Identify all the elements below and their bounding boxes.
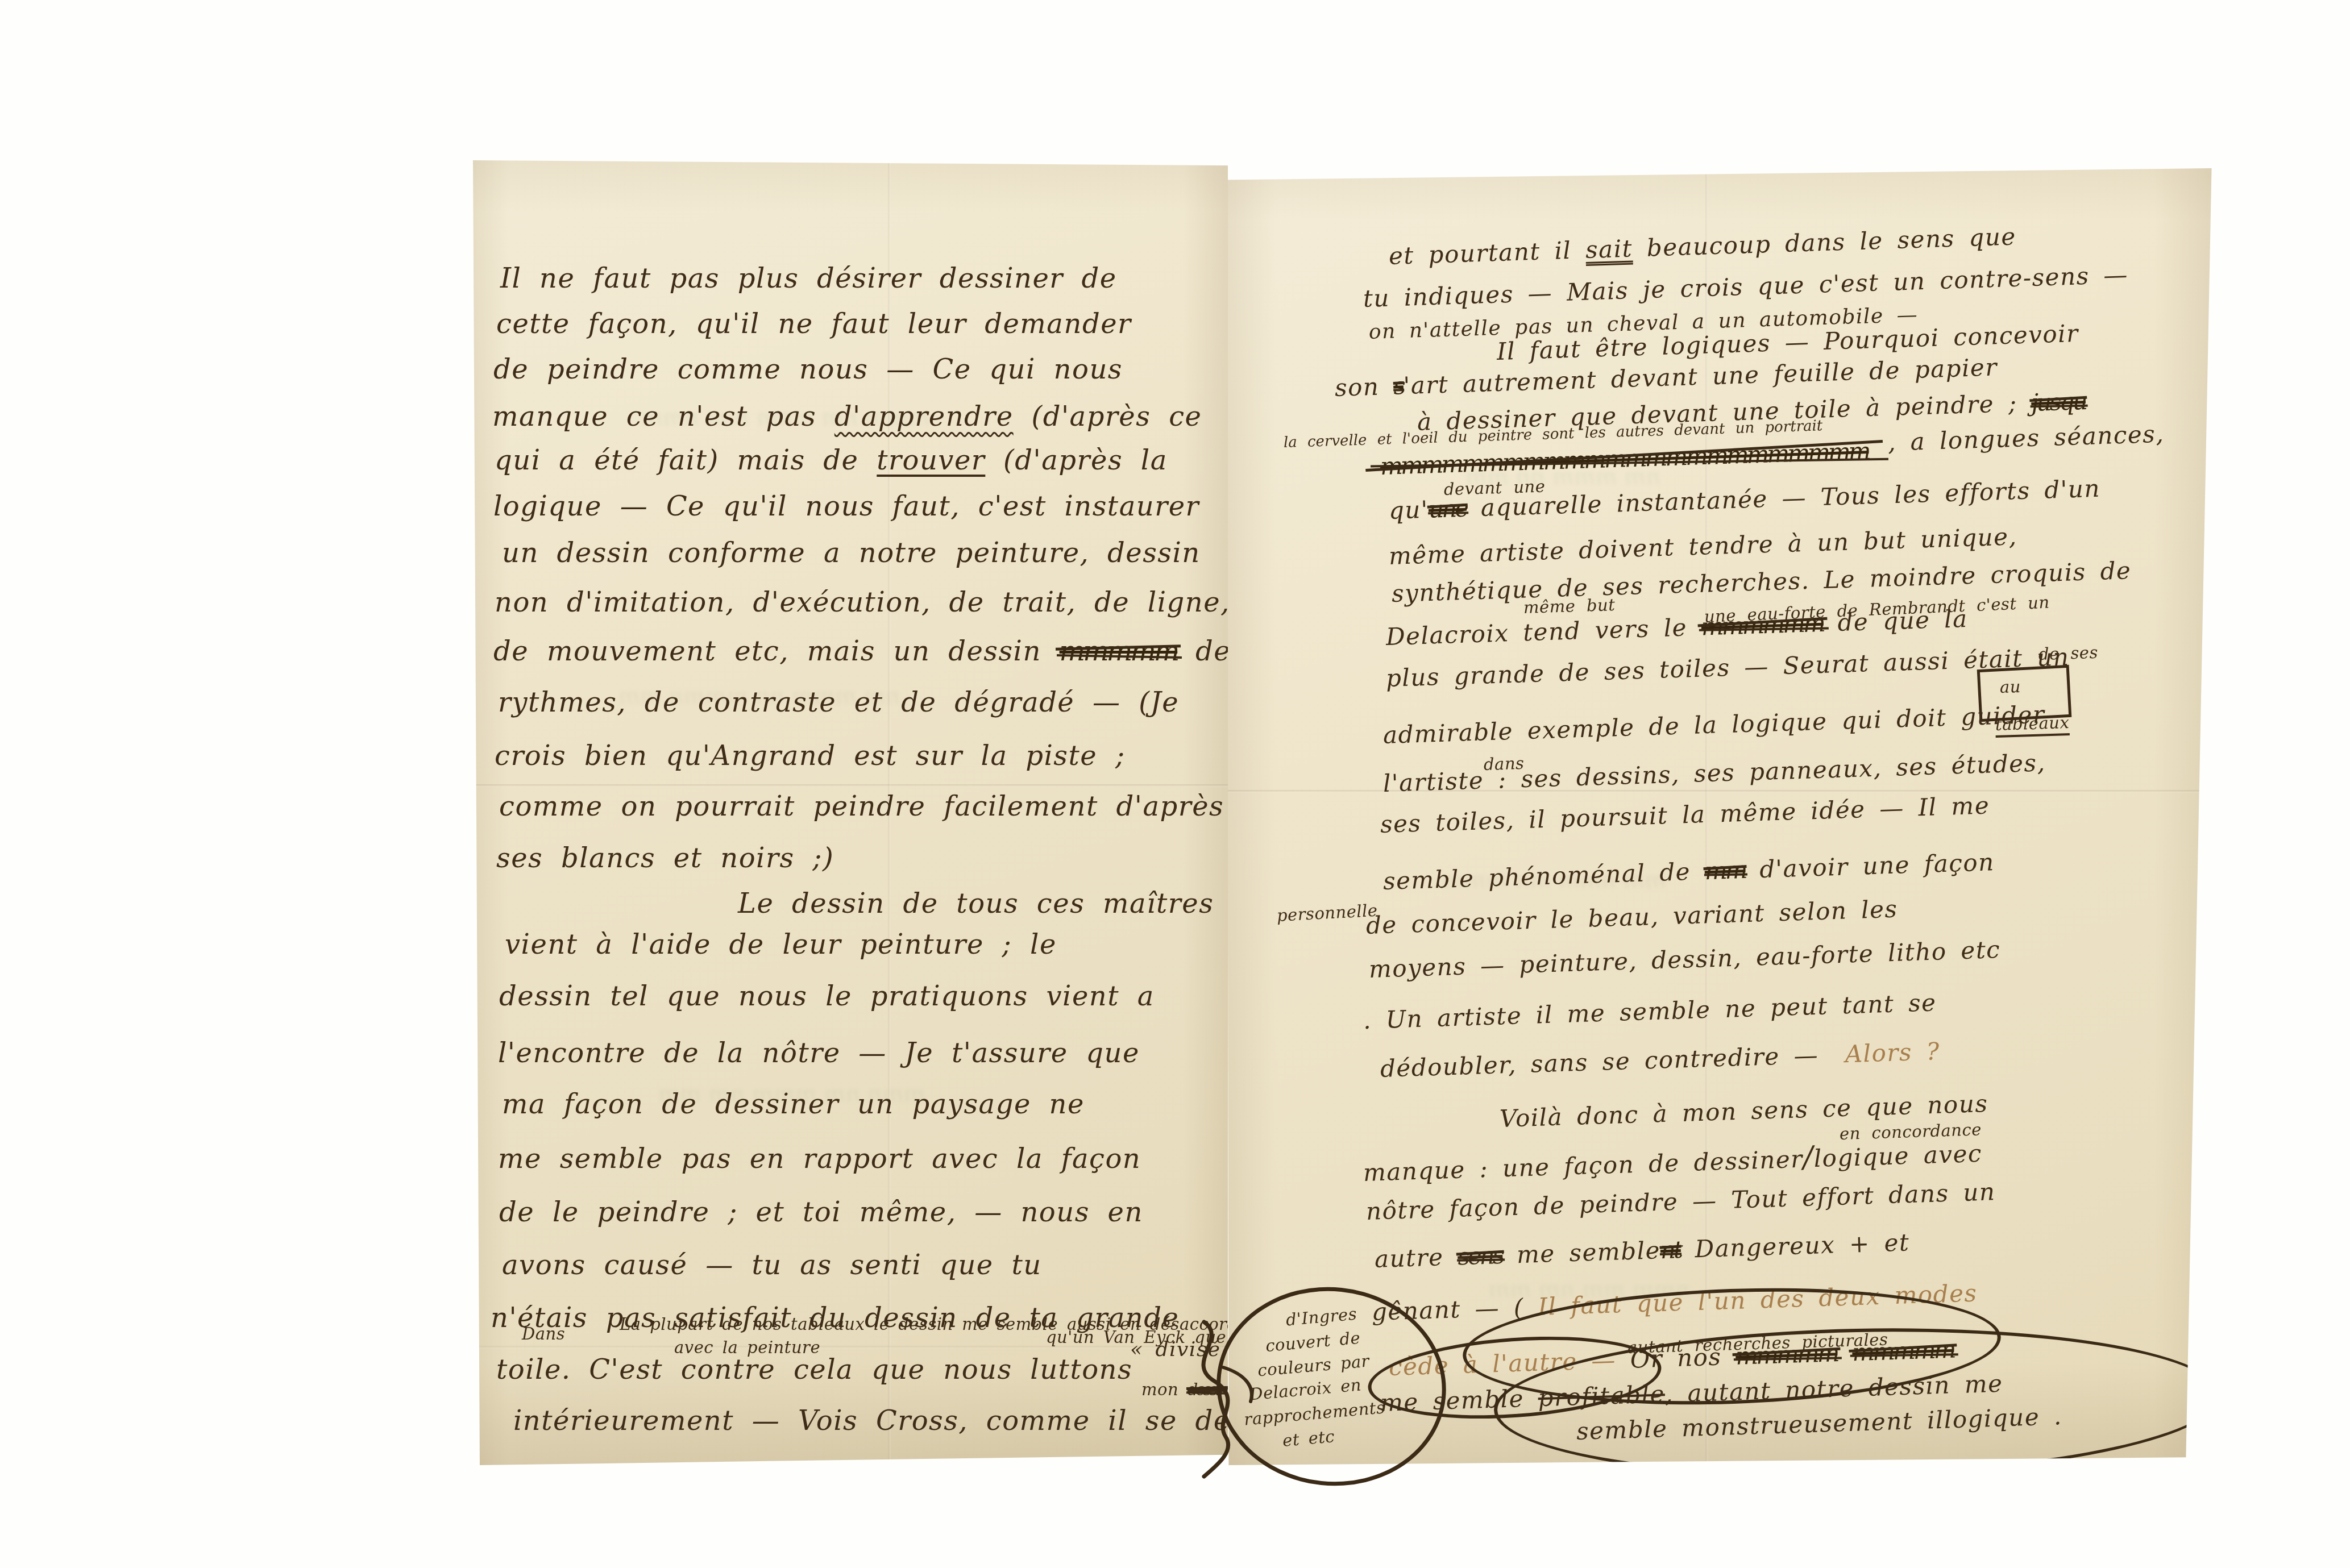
letter-photograph: mmm nm mmn mm nmm nm mmm nn mmmn mm mmn … [0, 0, 2350, 1568]
ink-connector-stroke [1160, 1301, 1319, 1489]
gutter-annotations: d'Ingres couvert de couleurs par Delacro… [0, 0, 2350, 1568]
